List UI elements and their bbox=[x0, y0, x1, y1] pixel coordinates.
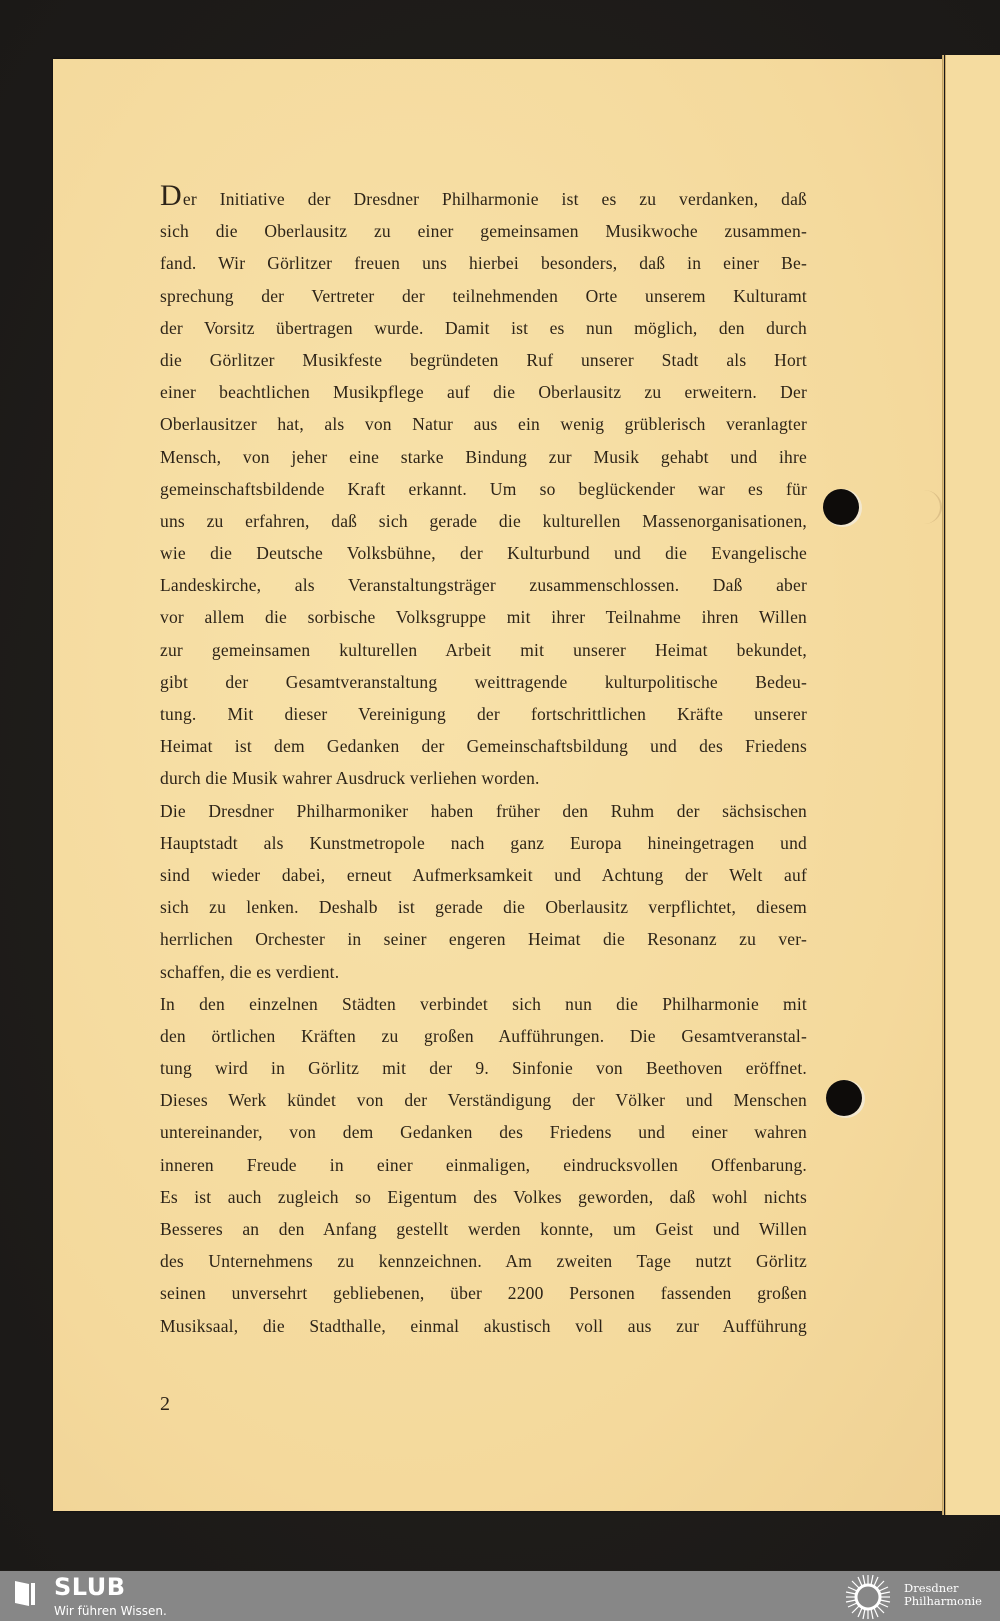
page-fold-line bbox=[942, 55, 944, 1515]
text-line: uns zu erfahren, daß sich gerade die kul… bbox=[160, 505, 807, 537]
text-line: schaffen, die es verdient. bbox=[160, 956, 807, 988]
sunburst-ring-icon bbox=[844, 1573, 892, 1621]
text-line: untereinander, von dem Gedanken des Frie… bbox=[160, 1116, 807, 1148]
text-line: wie die Deutsche Volksbühne, der Kulturb… bbox=[160, 537, 807, 569]
text-line: Hauptstadt als Kunstmetropole nach ganz … bbox=[160, 827, 807, 859]
text-line: sich die Oberlausitz zu einer gemeinsame… bbox=[160, 215, 807, 247]
binder-hole-imprint bbox=[906, 490, 942, 524]
slub-name: SLUB bbox=[54, 1573, 126, 1601]
philharmonie-name: Dresdner Philharmonie bbox=[904, 1582, 982, 1608]
body-text: Der Initiative der Dresdner Philharmonie… bbox=[160, 183, 807, 1342]
text-line: vor allem die sorbische Volksgruppe mit … bbox=[160, 601, 807, 633]
text-line: zur gemeinsamen kulturellen Arbeit mit u… bbox=[160, 634, 807, 666]
text-line: der Vorsitz übertragen wurde. Damit ist … bbox=[160, 312, 807, 344]
text-line: Landeskirche, als Veranstaltungsträger z… bbox=[160, 569, 807, 601]
text-line: des Unternehmens zu kennzeichnen. Am zwe… bbox=[160, 1245, 807, 1277]
text-line: tung. Mit dieser Vereinigung der fortsch… bbox=[160, 698, 807, 730]
text-line: herrlichen Orchester in seiner engeren H… bbox=[160, 923, 807, 955]
footer-bar: SLUB Wir führen Wissen. Dresdner P bbox=[0, 1571, 1000, 1621]
text-line: Die Dresdner Philharmoniker haben früher… bbox=[160, 795, 807, 827]
text-line: Besseres an den Anfang gestellt werden k… bbox=[160, 1213, 807, 1245]
text-line: einer beachtlichen Musikpflege auf die O… bbox=[160, 376, 807, 408]
text-line: fand. Wir Görlitzer freuen uns hierbei b… bbox=[160, 247, 807, 279]
text-line: Der Initiative der Dresdner Philharmonie… bbox=[160, 183, 807, 215]
text-line: gibt der Gesamtveranstaltung weittragend… bbox=[160, 666, 807, 698]
text-line: die Görlitzer Musikfeste begründeten Ruf… bbox=[160, 344, 807, 376]
binder-hole-icon bbox=[826, 1080, 862, 1116]
text-line: tung wird in Görlitz mit der 9. Sinfonie… bbox=[160, 1052, 807, 1084]
slub-tagline: Wir führen Wissen. bbox=[54, 1604, 167, 1618]
text-line: durch die Musik wahrer Ausdruck verliehe… bbox=[160, 762, 807, 794]
text-line: In den einzelnen Städten verbindet sich … bbox=[160, 988, 807, 1020]
text-line: Heimat ist dem Gedanken der Gemeinschaft… bbox=[160, 730, 807, 762]
text-line: Mensch, von jeher eine starke Bindung zu… bbox=[160, 441, 807, 473]
text-line: seinen unversehrt gebliebenen, über 2200… bbox=[160, 1277, 807, 1309]
text-line: inneren Freude in einer einmaligen, eind… bbox=[160, 1149, 807, 1181]
binder-hole-icon bbox=[823, 489, 859, 525]
drop-cap: D bbox=[160, 179, 182, 212]
text-line: Musiksaal, die Stadthalle, einmal akusti… bbox=[160, 1310, 807, 1342]
text-line: gemeinschaftsbildende Kraft erkannt. Um … bbox=[160, 473, 807, 505]
text-line: Dieses Werk kündet von der Verständigung… bbox=[160, 1084, 807, 1116]
text-line: sich zu lenken. Deshalb ist gerade die O… bbox=[160, 891, 807, 923]
next-page-edge bbox=[945, 55, 1000, 1515]
text-line: Oberlausitzer hat, als von Natur aus ein… bbox=[160, 408, 807, 440]
page-number: 2 bbox=[160, 1393, 170, 1416]
text-line: den örtlichen Kräften zu großen Aufführu… bbox=[160, 1020, 807, 1052]
text-line: sprechung der Vertreter der teilnehmende… bbox=[160, 280, 807, 312]
text-line: sind wieder dabei, erneut Aufmerksamkeit… bbox=[160, 859, 807, 891]
text-line: Es ist auch zugleich so Eigentum des Vol… bbox=[160, 1181, 807, 1213]
book-icon bbox=[13, 1579, 39, 1607]
